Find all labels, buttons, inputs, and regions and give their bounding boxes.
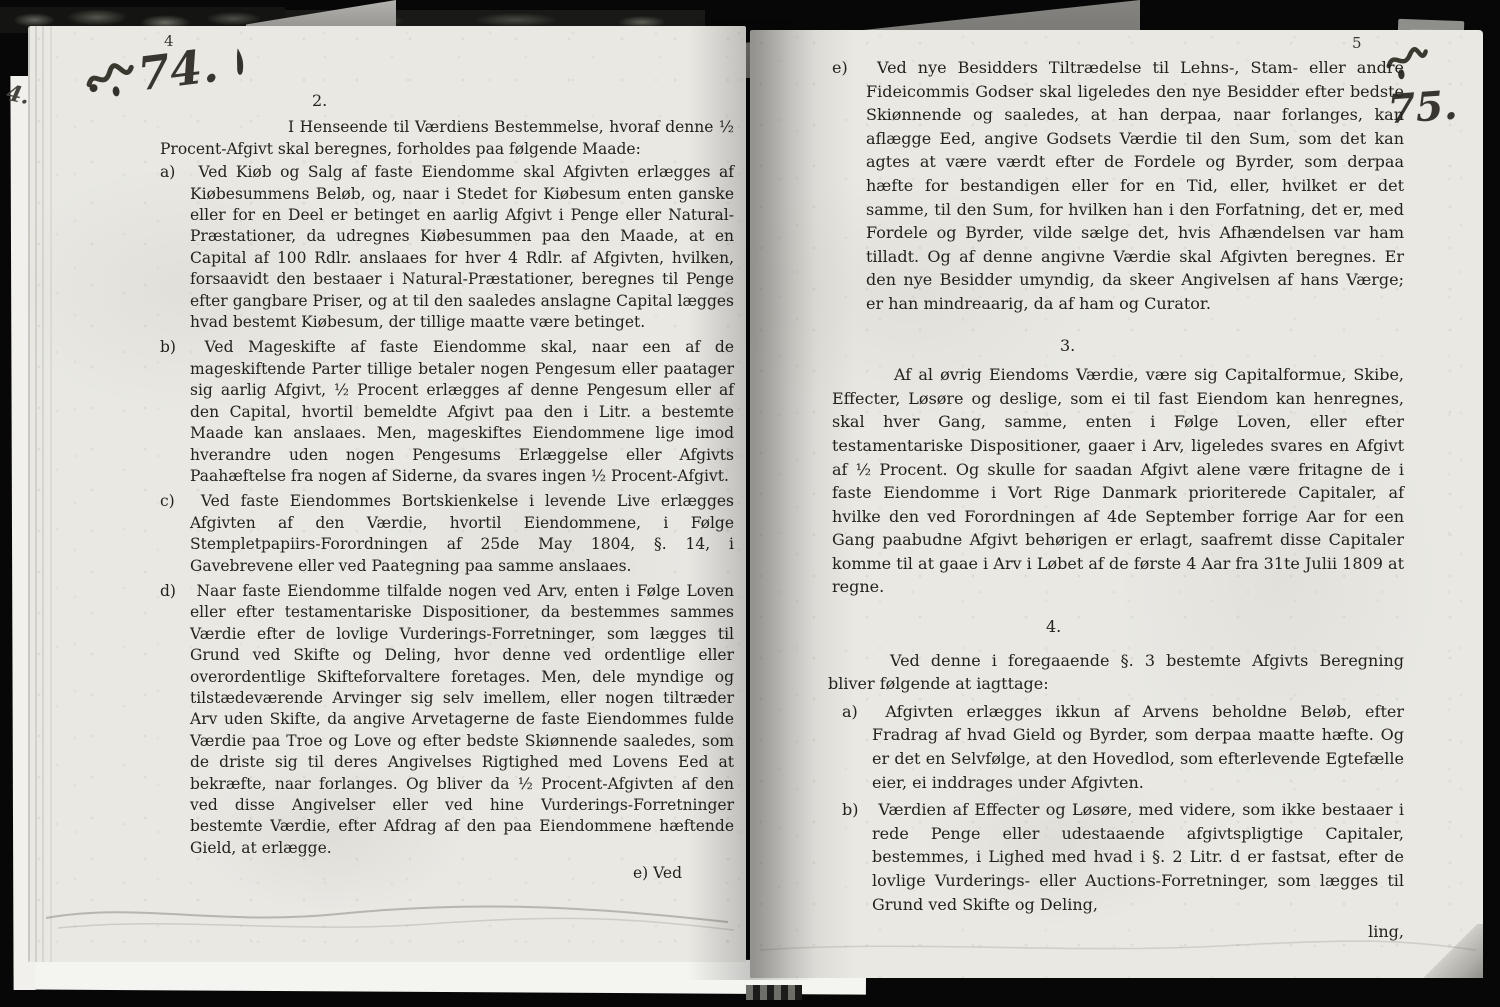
section-heading: 4. bbox=[832, 615, 1404, 639]
bottom-crease bbox=[750, 910, 1483, 970]
item-text: Naar faste Eiendomme tilfalde nogen ved … bbox=[190, 582, 734, 857]
item-label: c) bbox=[160, 491, 190, 512]
section-heading: 3. bbox=[832, 334, 1404, 358]
item-text: Afgivten erlægges ikkun af Arvens behold… bbox=[872, 702, 1404, 792]
scanned-book-spread: 4. 4 74. 2. I Henseende til Værdiens Bes… bbox=[0, 0, 1500, 1007]
list-item-d: d) Naar faste Eiendomme tilfalde nogen v… bbox=[160, 581, 734, 859]
ink-flourish bbox=[82, 53, 139, 103]
section-heading: 2. bbox=[160, 90, 734, 111]
item-text: Værdien af Effecter og Løsøre, med vider… bbox=[872, 800, 1404, 913]
item-label: a) bbox=[842, 700, 872, 724]
item-label: e) bbox=[832, 56, 866, 80]
item-text: Ved faste Eiendommes Bortskienkelse i le… bbox=[190, 492, 734, 574]
page-edge-stripes bbox=[746, 985, 802, 1000]
item-text: Ved nye Besidders Tiltrædelse til Lehns-… bbox=[866, 58, 1404, 313]
list-item-a: a) Ved Kiøb og Salg af faste Eiendomme s… bbox=[160, 162, 734, 333]
left-text-column: 2. I Henseende til Værdiens Bestemmelse,… bbox=[160, 84, 734, 885]
ink-drip bbox=[232, 47, 252, 79]
list-item-b: b) Værdien af Effecter og Løsøre, med vi… bbox=[832, 798, 1404, 916]
right-text-column: e) Ved nye Besidders Tiltrædelse til Leh… bbox=[832, 54, 1404, 944]
intro-paragraph: I Henseende til Værdiens Bestemmelse, hv… bbox=[160, 117, 734, 160]
item-text: Ved Mageskifte af faste Eiendomme skal, … bbox=[190, 338, 734, 484]
right-page: 5 75. e) Ved nye Besidders Tiltrædelse t… bbox=[750, 30, 1483, 978]
section-4-intro: Ved denne i foregaaende §. 3 bestemte Af… bbox=[828, 649, 1404, 696]
list-item-e: e) Ved nye Besidders Tiltrædelse til Leh… bbox=[832, 56, 1404, 316]
list-item-c: c) Ved faste Eiendommes Bortskienkelse i… bbox=[160, 491, 734, 577]
item-label: a) bbox=[160, 162, 190, 183]
bottom-crease bbox=[28, 884, 746, 944]
item-label: b) bbox=[160, 337, 190, 358]
item-label: d) bbox=[160, 581, 190, 602]
section-3-paragraph: Af al øvrig Eiendoms Værdie, være sig Ca… bbox=[832, 363, 1404, 599]
catchword: e) Ved bbox=[160, 863, 734, 884]
signature-mark: 5 bbox=[1352, 34, 1362, 52]
item-text: Ved Kiøb og Salg af faste Eiendomme skal… bbox=[190, 163, 734, 331]
left-page: 4 74. 2. I Henseende til Værdiens Bestem… bbox=[28, 26, 746, 962]
list-item-a: a) Afgivten erlægges ikkun af Arvens beh… bbox=[832, 700, 1404, 794]
list-item-b: b) Ved Mageskifte af faste Eiendomme ska… bbox=[160, 337, 734, 487]
item-label: b) bbox=[842, 798, 872, 822]
